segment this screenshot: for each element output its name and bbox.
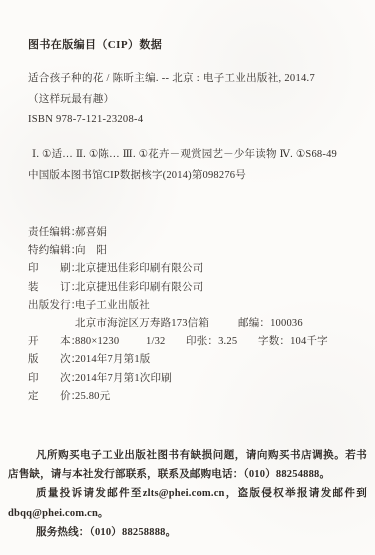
row-label: 责任编辑： — [28, 224, 75, 242]
classification-line: Ⅰ. ①适… Ⅱ. ①陈… Ⅲ. ①花卉－观赏园艺－少年读物 Ⅳ. ①S68-4… — [28, 144, 355, 165]
notice-paragraph-complaints: 质量投诉请发邮件至zlts@phei.com.cn，盗版侵权举报请发邮件到dbq… — [8, 484, 367, 522]
row-value: 北京捷迅佳彩印刷有限公司 — [75, 263, 203, 274]
row-value: 2014年7月第1次印刷 — [75, 373, 172, 384]
price-row: 定 价：25.80元 — [28, 388, 359, 406]
row-label: 印 刷： — [28, 260, 75, 278]
binder-row: 装 订：北京捷迅佳彩印刷有限公司 — [28, 279, 359, 297]
classification-block: Ⅰ. ①适… Ⅱ. ①陈… Ⅲ. ①花卉－观赏园艺－少年读物 Ⅳ. ①S68-4… — [28, 144, 355, 186]
row-value: 25.80元 — [75, 391, 110, 402]
cip-record-number: 中国版本图书馆CIP数据核字(2014)第098276号 — [28, 165, 355, 186]
row-label: 开 本： — [28, 333, 75, 351]
row-label: 出版发行： — [28, 297, 75, 315]
row-value: 电子工业出版社 — [75, 300, 150, 311]
printed-sheets: 印张：3.25 — [186, 333, 258, 351]
word-count: 字数：104千字 — [258, 336, 328, 347]
cip-header: 图书在版编目（CIP）数据 — [28, 36, 162, 52]
row-value: 2014年7月第1版 — [75, 354, 151, 365]
contract-editor-row: 特约编辑：向 阳 — [28, 242, 359, 260]
address-row: 北京市海淀区万寿路173信箱邮编：100036 — [28, 315, 359, 333]
printer-row: 印 刷：北京捷迅佳彩印刷有限公司 — [28, 260, 359, 278]
row-value: 向 阳 — [75, 245, 107, 256]
format-row: 开 本：880×12301/32印张：3.25字数：104千字 — [28, 333, 359, 351]
row-label: 特约编辑： — [28, 242, 75, 260]
row-label: 印 次： — [28, 370, 75, 388]
impression-row: 印 次：2014年7月第1次印刷 — [28, 370, 359, 388]
isbn: ISBN 978-7-121-23208-4 — [28, 110, 355, 131]
format-fraction: 1/32 — [146, 333, 186, 351]
copyright-page: 图书在版编目（CIP）数据 适合孩子种的花 / 陈昕主编. -- 北京 : 电子… — [0, 0, 375, 555]
notice-paragraph-hotline: 服务热线：（010）88258888。 — [8, 523, 367, 542]
purchase-notice: 凡所购买电子工业出版社图书有缺损问题，请向购买书店调换。若书店售缺，请与本社发行… — [8, 446, 367, 542]
publisher-row: 出版发行：电子工业出版社 — [28, 297, 359, 315]
sheet-size: 880×1230 — [75, 333, 146, 351]
row-label: 定 价： — [28, 388, 75, 406]
publisher-address: 北京市海淀区万寿路173信箱 — [75, 315, 238, 333]
cip-block: 适合孩子种的花 / 陈昕主编. -- 北京 : 电子工业出版社, 2014.7 … — [28, 69, 355, 131]
series-title: （这样玩最有趣） — [28, 90, 355, 111]
cip-description: 适合孩子种的花 / 陈昕主编. -- 北京 : 电子工业出版社, 2014.7 — [28, 69, 355, 90]
row-label: 装 订： — [28, 279, 75, 297]
row-value: 郝喜娟 — [75, 227, 107, 238]
row-label: 版 次： — [28, 351, 75, 369]
postcode: 邮编：100036 — [238, 318, 303, 329]
colophon: 责任编辑：郝喜娟 特约编辑：向 阳 印 刷：北京捷迅佳彩印刷有限公司 装 订：北… — [28, 224, 359, 406]
notice-paragraph-exchange: 凡所购买电子工业出版社图书有缺损问题，请向购买书店调换。若书店售缺，请与本社发行… — [8, 446, 367, 484]
edition-row: 版 次：2014年7月第1版 — [28, 351, 359, 369]
editor-row: 责任编辑：郝喜娟 — [28, 224, 359, 242]
row-value: 北京捷迅佳彩印刷有限公司 — [75, 282, 203, 293]
